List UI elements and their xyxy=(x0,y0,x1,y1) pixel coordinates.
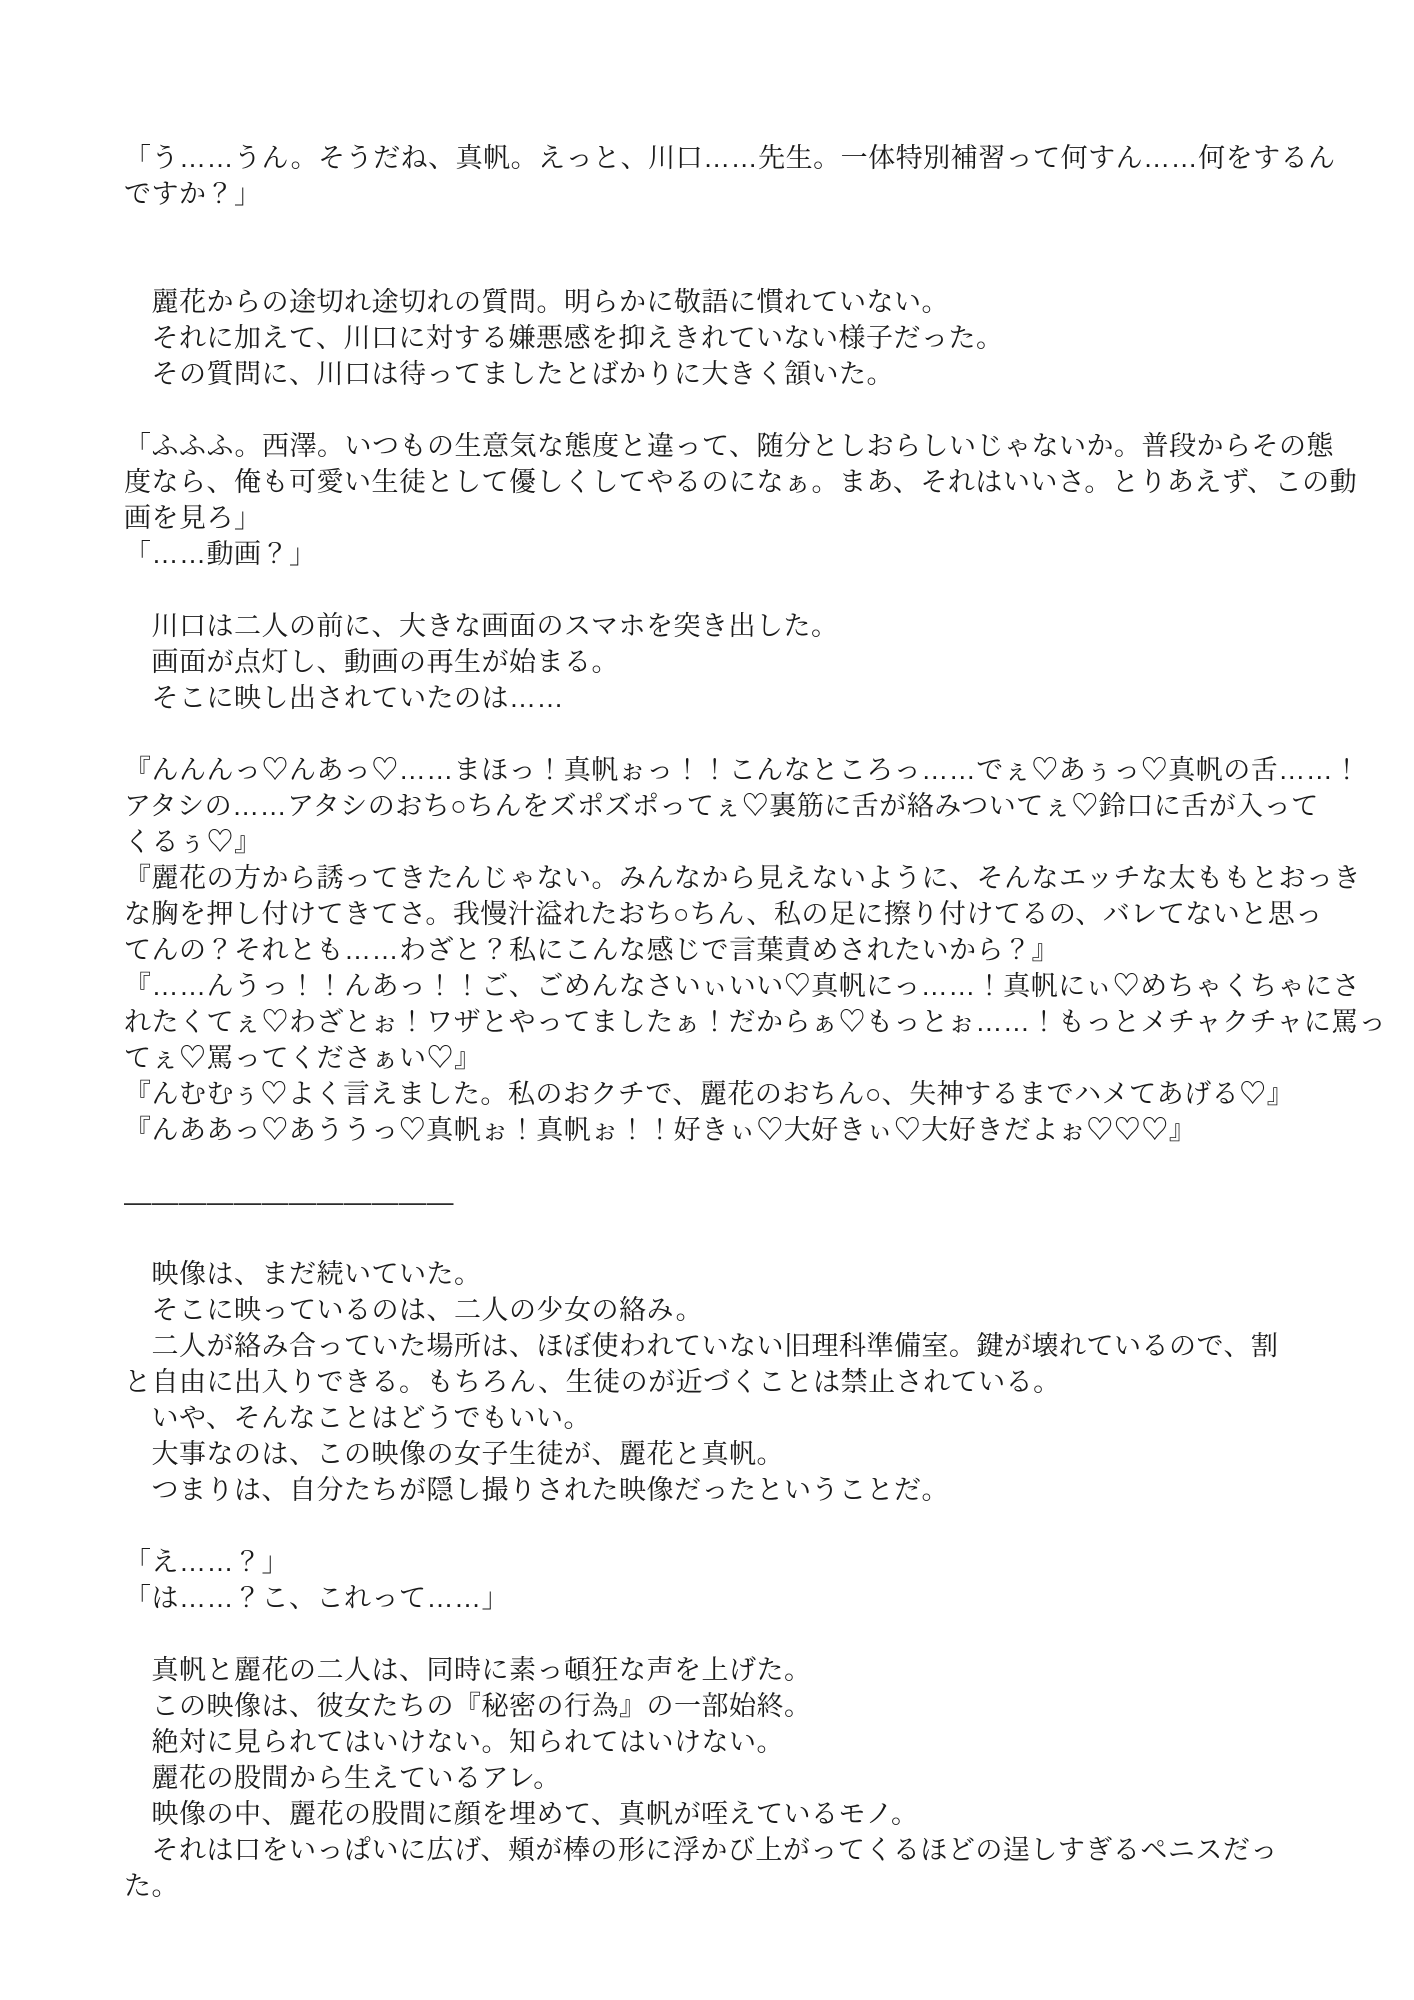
text-line: ですか？」 xyxy=(124,176,1304,212)
text-line: な胸を押し付けてきてさ。我慢汁溢れたおち○ちん、私の足に擦り付けてるの、バレてな… xyxy=(124,896,1304,932)
text-line: 映像の中、麗花の股間に顔を埋めて、真帆が咥えているモノ。 xyxy=(124,1796,1304,1832)
text-line: くるぅ♡』 xyxy=(124,824,1304,860)
text-line: 度なら、俺も可愛い生徒として優しくしてやるのになぁ。まあ、それはいいさ。とりあえ… xyxy=(124,464,1304,500)
text-line: 麗花の股間から生えているアレ。 xyxy=(124,1760,1304,1796)
text-line: 『……んうっ！！んあっ！！ご、ごめんなさいぃいい♡真帆にっ……！真帆にぃ♡めちゃ… xyxy=(124,968,1304,1004)
text-line: と自由に出入りできる。もちろん、生徒のが近づくことは禁止されている。 xyxy=(124,1364,1304,1400)
text-line: 二人が絡み合っていた場所は、ほぼ使われていない旧理科準備室。鍵が壊れているので、… xyxy=(124,1328,1304,1364)
text-line: 大事なのは、この映像の女子生徒が、麗花と真帆。 xyxy=(124,1436,1304,1472)
blank-line xyxy=(124,572,1304,608)
blank-line xyxy=(124,1220,1304,1256)
section-divider: ―――――――――――― xyxy=(124,1184,1304,1220)
text-line: この映像は、彼女たちの『秘密の行為』の一部始終。 xyxy=(124,1688,1304,1724)
text-line: た。 xyxy=(124,1868,1304,1904)
text-line: その質問に、川口は待ってましたとばかりに大きく頷いた。 xyxy=(124,356,1304,392)
blank-line xyxy=(124,212,1304,248)
text-line: 『んむむぅ♡よく言えました。私のおクチで、麗花のおちん○、失神するまでハメてあげ… xyxy=(124,1076,1304,1112)
text-line: 画面が点灯し、動画の再生が始まる。 xyxy=(124,644,1304,680)
text-line: れたくてぇ♡わざとぉ！ワザとやってましたぁ！だからぁ♡もっとぉ……！もっとメチャ… xyxy=(124,1004,1304,1040)
text-line: 絶対に見られてはいけない。知られてはいけない。 xyxy=(124,1724,1304,1760)
text-line: 「は……？こ、これって……」 xyxy=(124,1580,1304,1616)
text-body: 「う……うん。そうだね、真帆。えっと、川口……先生。一体特別補習って何すん……何… xyxy=(124,140,1304,1904)
text-line: 『んんんっ♡んあっ♡……まほっ！真帆ぉっ！！こんなところっ……でぇ♡あぅっ♡真帆… xyxy=(124,752,1304,788)
text-line: てんの？それとも……わざと？私にこんな感じで言葉責めされたいから？』 xyxy=(124,932,1304,968)
text-line: 真帆と麗花の二人は、同時に素っ頓狂な声を上げた。 xyxy=(124,1652,1304,1688)
blank-line xyxy=(124,1508,1304,1544)
text-line: 映像は、まだ続いていた。 xyxy=(124,1256,1304,1292)
text-line: それに加えて、川口に対する嫌悪感を抑えきれていない様子だった。 xyxy=(124,320,1304,356)
blank-line xyxy=(124,1616,1304,1652)
blank-line xyxy=(124,392,1304,428)
text-line: 「ふふふ。西澤。いつもの生意気な態度と違って、随分としおらしいじゃないか。普段か… xyxy=(124,428,1304,464)
text-line: 川口は二人の前に、大きな画面のスマホを突き出した。 xyxy=(124,608,1304,644)
text-line: そこに映し出されていたのは…… xyxy=(124,680,1304,716)
text-line: そこに映っているのは、二人の少女の絡み。 xyxy=(124,1292,1304,1328)
text-line: 『んああっ♡あううっ♡真帆ぉ！真帆ぉ！！好きぃ♡大好きぃ♡大好きだよぉ♡♡♡』 xyxy=(124,1112,1304,1148)
text-line: てぇ♡罵ってくださぁい♡』 xyxy=(124,1040,1304,1076)
text-line: 「……動画？」 xyxy=(124,536,1304,572)
document-page: 「う……うん。そうだね、真帆。えっと、川口……先生。一体特別補習って何すん……何… xyxy=(0,0,1414,2000)
text-line: 「え……？」 xyxy=(124,1544,1304,1580)
text-line: つまりは、自分たちが隠し撮りされた映像だったということだ。 xyxy=(124,1472,1304,1508)
text-line: それは口をいっぱいに広げ、頬が棒の形に浮かび上がってくるほどの逞しすぎるペニスだ… xyxy=(124,1832,1304,1868)
blank-line xyxy=(124,1148,1304,1184)
blank-line xyxy=(124,716,1304,752)
text-line: いや、そんなことはどうでもいい。 xyxy=(124,1400,1304,1436)
text-line: 画を見ろ」 xyxy=(124,500,1304,536)
text-line: 『麗花の方から誘ってきたんじゃない。みんなから見えないように、そんなエッチな太も… xyxy=(124,860,1304,896)
text-line: アタシの……アタシのおち○ちんをズポズポってぇ♡裏筋に舌が絡みついてぇ♡鈴口に舌… xyxy=(124,788,1304,824)
blank-line xyxy=(124,248,1304,284)
text-line: 麗花からの途切れ途切れの質問。明らかに敬語に慣れていない。 xyxy=(124,284,1304,320)
text-line: 「う……うん。そうだね、真帆。えっと、川口……先生。一体特別補習って何すん……何… xyxy=(124,140,1304,176)
